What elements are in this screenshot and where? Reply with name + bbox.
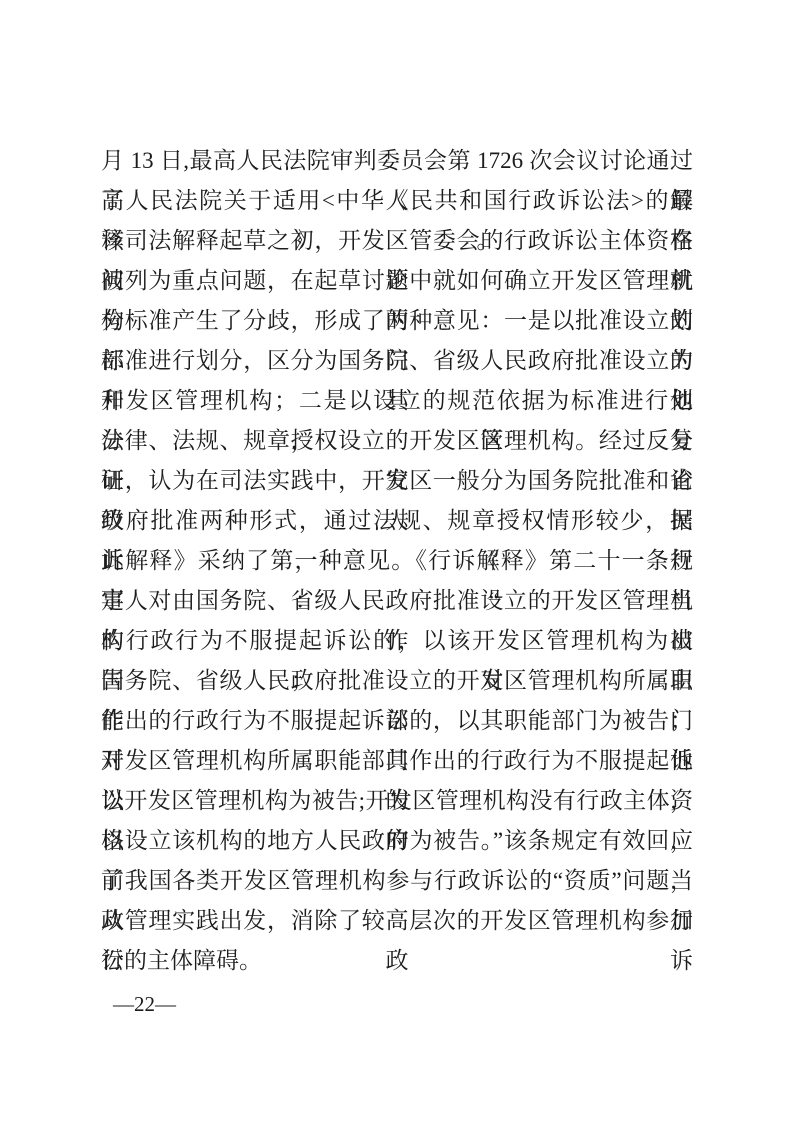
text-line: 以设立该机构的地方人民政府为被告。”该条规定有效回应了当: [101, 821, 693, 861]
text-line: 前我国各类开发区管理机构参与行政诉讼的“资质”问题，从行: [101, 861, 693, 901]
text-line: 政管理实践出发，消除了较高层次的开发区管理机构参加行政诉: [101, 901, 693, 941]
text-line: 分标准产生了分歧，形成了两种意见：一是以批准设立的部门为: [101, 301, 693, 341]
text-line: 国务院、省级人民政府批准设立的开发区管理机构所属职能部门: [101, 661, 693, 701]
text-line: 事人对由国务院、省级人民政府批准设立的开发区管理机构作出: [101, 581, 693, 621]
text-line: 政府批准两种形式，通过法规、规章授权情形较少，据此，《行: [101, 501, 693, 541]
text-line: 月 13 日,最高人民法院审判委员会第 1726 次会议讨论通过了《最: [101, 141, 693, 181]
text-line: 以开发区管理机构为被告;开发区管理机构没有行政主体资格的，: [101, 781, 693, 821]
text-line: 开发区管理机构；二是以设立的规范依据为标准进行划分，区分: [101, 381, 693, 421]
document-page: 月 13 日,最高人民法院审判委员会第 1726 次会议讨论通过了《最 高人民法…: [0, 0, 793, 1122]
text-line: 标准进行划分，区分为国务院、省级人民政府批准设立的和其他: [101, 341, 693, 381]
text-line: 开发区管理机构所属职能部门作出的行政行为不服提起诉讼的，: [101, 741, 693, 781]
text-line: 诉解释》采纳了第一种意见。《行诉解释》第二十一条规定：“当: [101, 541, 693, 581]
text-line: 作出的行政行为不服提起诉讼的，以其职能部门为被告；对其他: [101, 701, 693, 741]
text-line: 法律、法规、规章授权设立的开发区管理机构。经过反复研究论: [101, 421, 693, 461]
text-line: 的行政行为不服提起诉讼的，以该开发区管理机构为被告；对由: [101, 621, 693, 661]
text-line: 被列为重点问题，在起草讨论中就如何确立开发区管理机构的划: [101, 261, 693, 301]
body-text: 月 13 日,最高人民法院审判委员会第 1726 次会议讨论通过了《最 高人民法…: [101, 141, 693, 981]
text-line: 证，认为在司法实践中，开发区一般分为国务院批准和省级人民: [101, 461, 693, 501]
page-number: —22—: [113, 990, 176, 1018]
text-line: 该司法解释起草之初，开发区管委会的行政诉讼主体资格问题就: [101, 221, 693, 261]
text-line: 高人民法院关于适用<中华人民共和国行政诉讼法>的解释》。在: [101, 181, 693, 221]
